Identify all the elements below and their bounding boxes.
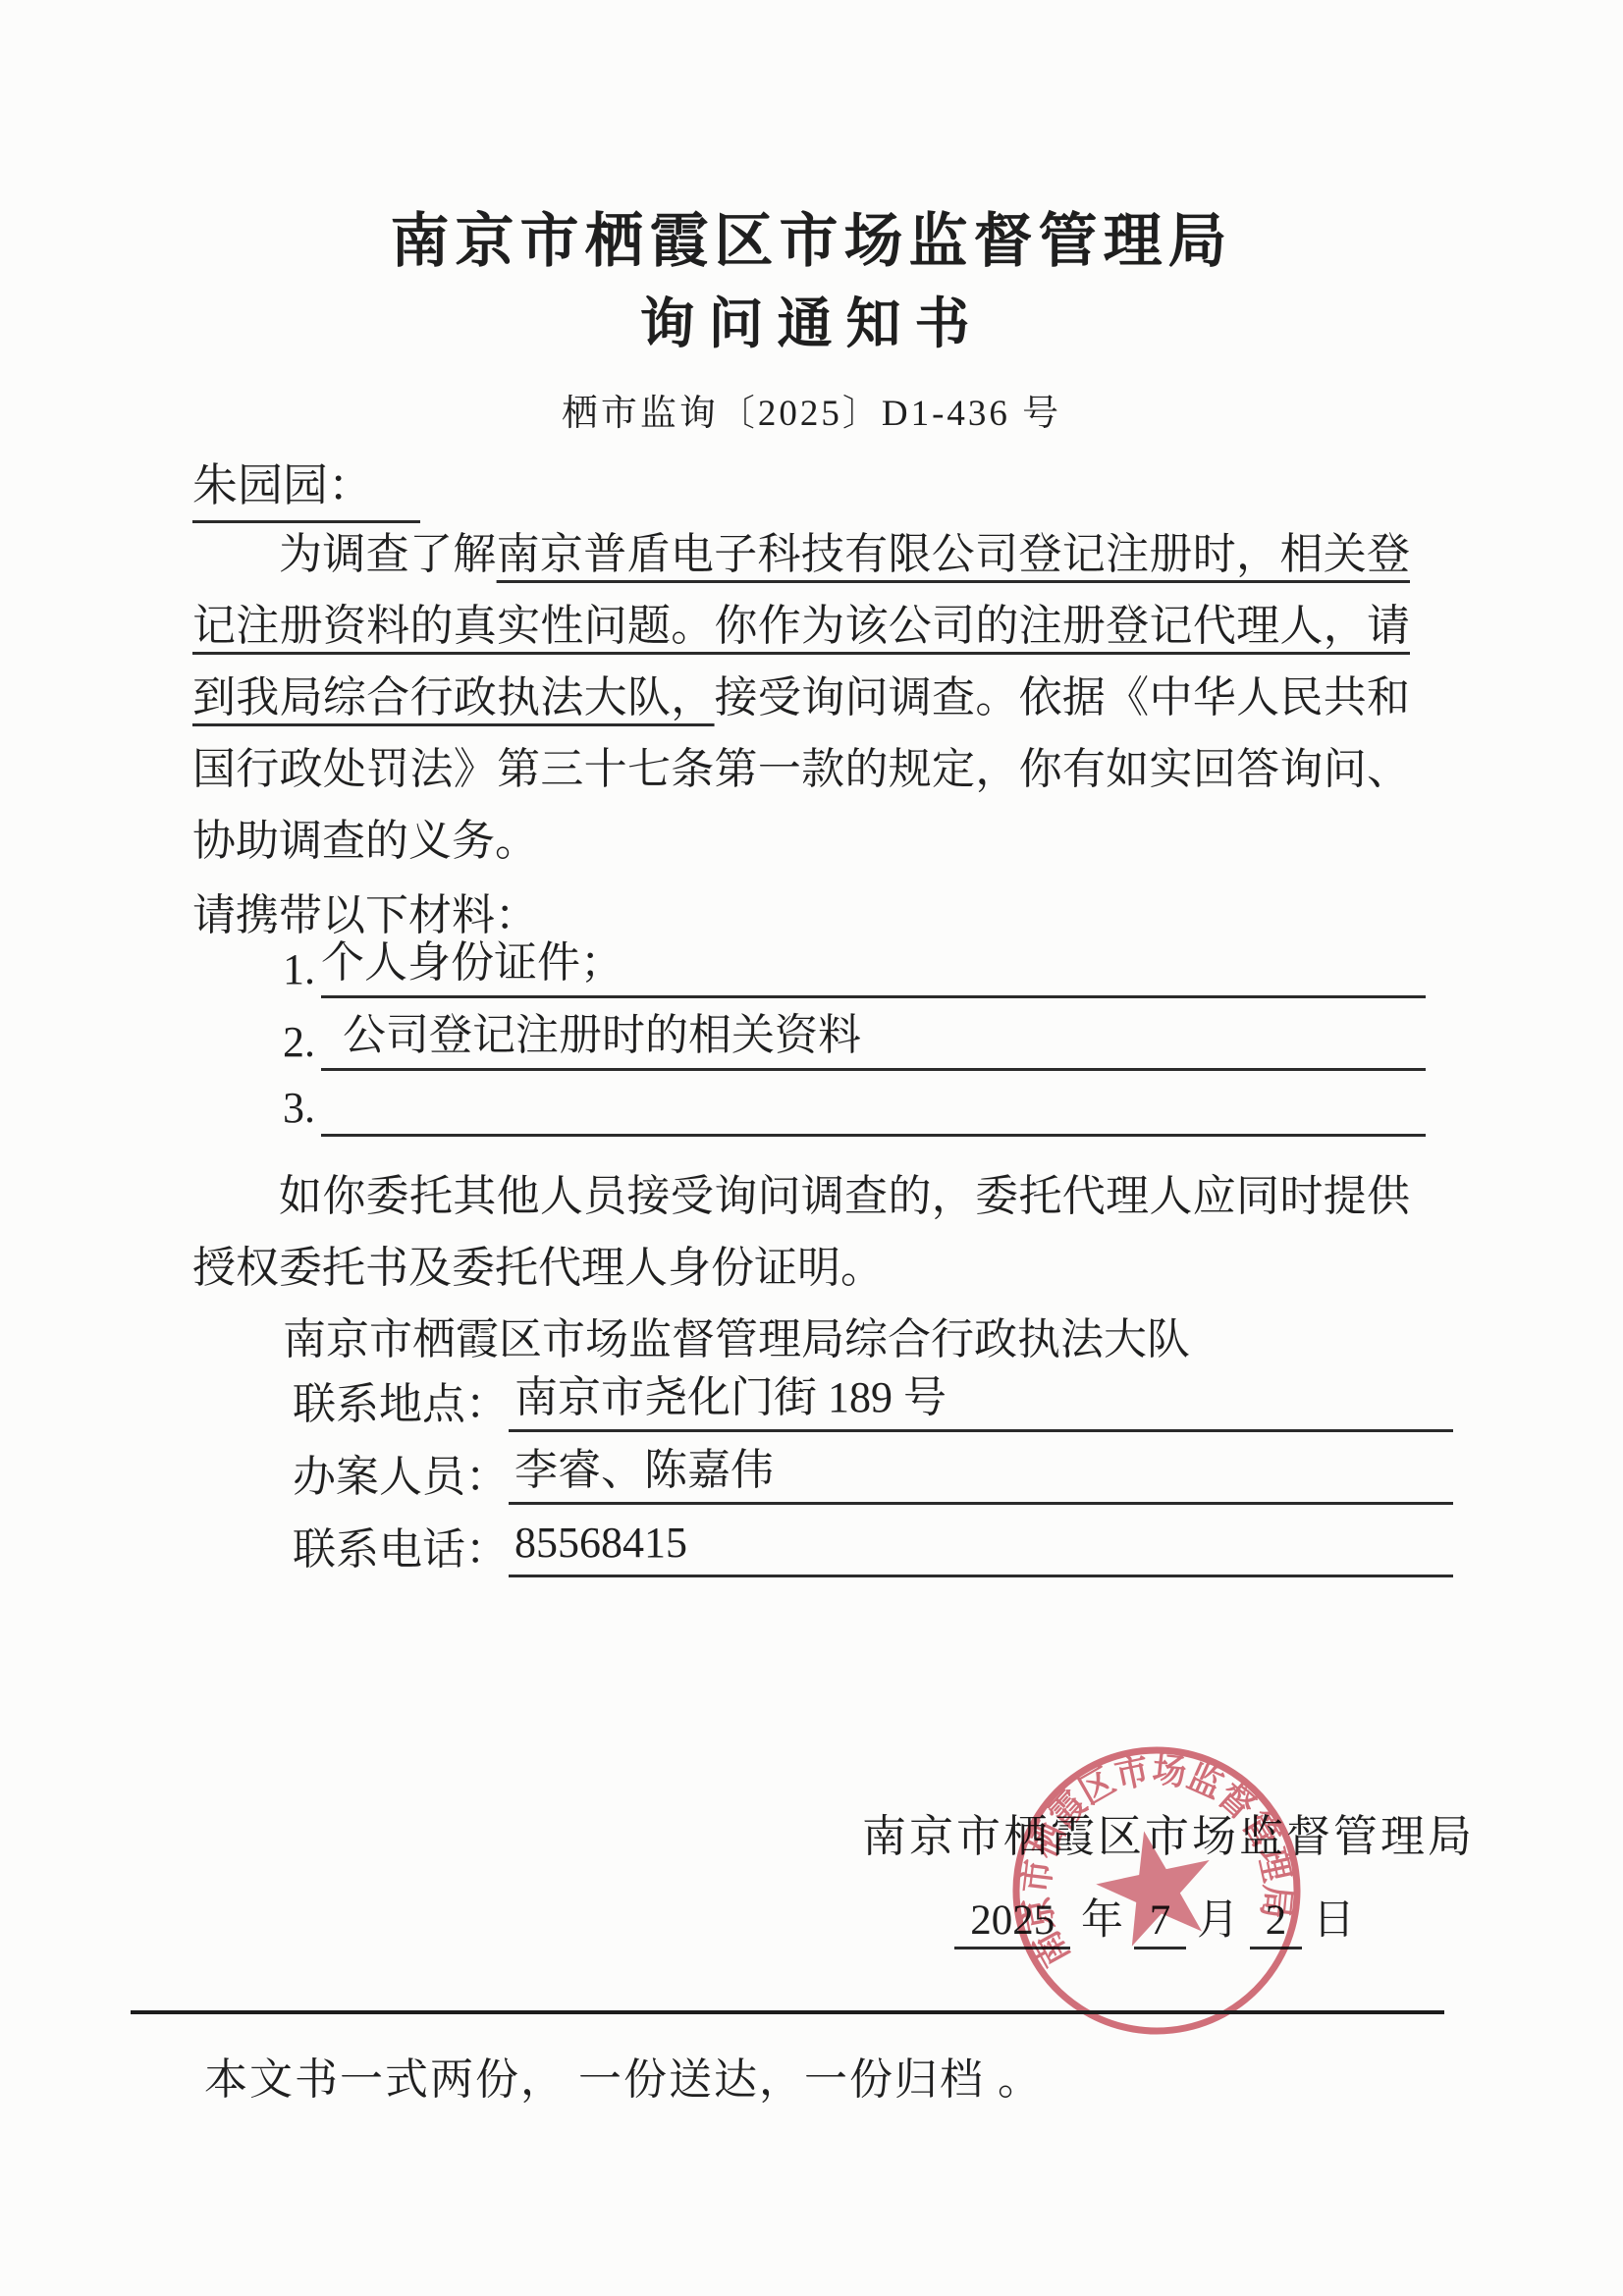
material-item-2-number: 2. xyxy=(283,1014,321,1071)
body-paragraph-1: 为调查了解南京普盾电子科技有限公司登记注册时，相关登记注册资料的真实性问题。你作… xyxy=(192,518,1410,877)
document-title: 询问通知书 xyxy=(0,281,1623,359)
inquiry-notice-document: 南京市栖霞区市场监督管理局 询问通知书 栖市监询〔2025〕D1-436 号 朱… xyxy=(0,0,1623,2296)
contact-phone-row: 联系电话： 85568415 xyxy=(293,1516,1453,1577)
material-item-3-number: 3. xyxy=(283,1080,321,1137)
contact-address-row: 联系地点： 南京市尧化门街 189 号 xyxy=(293,1370,1453,1432)
contact-address-label: 联系地点： xyxy=(293,1377,509,1432)
department-line: 南京市栖霞区市场监督管理局综合行政执法大队 xyxy=(192,1304,1190,1366)
contact-officers-label: 办案人员： xyxy=(293,1450,509,1505)
contact-officers-row: 办案人员： 李睿、陈嘉伟 xyxy=(293,1443,1453,1505)
addressee-name: 朱园园： xyxy=(192,450,420,523)
materials-intro: 请携带以下材料： xyxy=(192,880,538,942)
contact-officers-value: 李睿、陈嘉伟 xyxy=(509,1443,1453,1505)
material-item-2-blank: 公司登记注册时的相关资料 xyxy=(321,1007,1426,1071)
material-item-1-number: 1. xyxy=(283,941,321,998)
para1-lead-text: 为调查了解 xyxy=(279,530,497,578)
contact-phone-label: 联系电话： xyxy=(293,1522,509,1577)
authority-title: 南京市栖霞区市场监督管理局 xyxy=(0,194,1623,279)
material-item-3-blank xyxy=(321,1130,1426,1137)
contact-address-value: 南京市尧化门街 189 号 xyxy=(509,1370,1453,1432)
footer-note: 本文书一式两份， 一份送达，一份归档 。 xyxy=(204,2044,1043,2107)
document-number: 栖市监询〔2025〕D1-436 号 xyxy=(0,383,1623,436)
material-item-1-blank: 个人身份证件； xyxy=(321,934,1426,998)
material-item-2: 2. 公司登记注册时的相关资料 xyxy=(283,1007,1426,1071)
footer-divider xyxy=(131,2010,1444,2014)
seal-star-icon xyxy=(1087,1819,1223,1950)
contact-phone-value: 85568415 xyxy=(509,1516,1453,1577)
material-item-1: 1. 个人身份证件； xyxy=(283,934,1426,998)
material-item-3: 3. xyxy=(283,1080,1426,1137)
addressee-line: 朱园园： xyxy=(192,450,420,523)
body-paragraph-2: 如你委托其他人员接受询问调查的，委托代理人应同时提供授权委托书及委托代理人身份证… xyxy=(192,1160,1410,1304)
